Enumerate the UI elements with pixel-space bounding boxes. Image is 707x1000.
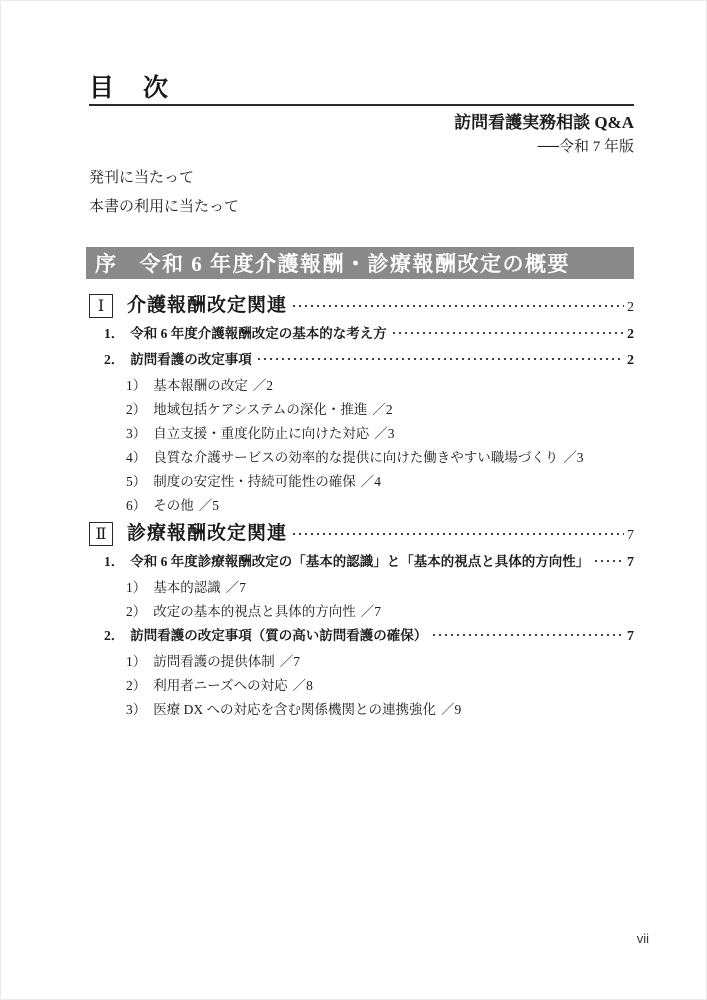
page-title: 目 次	[89, 74, 634, 102]
item-title: 訪問看護の改定事項	[130, 350, 252, 370]
toc-item: 1． 令和 6 年度診療報酬改定の「基本的認識」と「基本的視点と具体的方向性」 …	[89, 552, 634, 573]
front-matter-item-usage: 本書の利用に当たって	[89, 197, 634, 217]
sub-item-number: 3）	[126, 426, 146, 441]
sub-page-ref: ／7	[226, 580, 246, 595]
sub-item-title: 基本的認識	[153, 580, 221, 595]
sub-page-ref: ／5	[199, 498, 219, 513]
sub-item-number: 5）	[126, 474, 146, 489]
section-heading: Ⅱ 診療報酬改定関連 7	[89, 521, 634, 547]
sub-page-ref: ／2	[253, 378, 273, 393]
toc-sub-item: 6）その他／5	[89, 496, 634, 515]
sub-item-number: 1）	[126, 378, 146, 393]
sub-page-ref: ／4	[361, 474, 381, 489]
toc-item: 1． 令和 6 年度介護報酬改定の基本的な考え方 2	[89, 324, 634, 345]
toc-sub-item: 5）制度の安定性・持続可能性の確保／4	[89, 472, 634, 491]
book-title: 訪問看護実務相談 Q&A	[89, 112, 634, 134]
page-ref: 7	[627, 528, 634, 544]
item-title: 令和 6 年度介護報酬改定の基本的な考え方	[130, 324, 387, 344]
sub-page-ref: ／2	[372, 402, 392, 417]
sub-item-title: 医療 DX への対応を含む関係機関との連携強化	[153, 702, 436, 717]
section-kaigo: Ⅰ 介護報酬改定関連 2 1． 令和 6 年度介護報酬改定の基本的な考え方 2 …	[89, 293, 634, 515]
sub-item-title: 制度の安定性・持続可能性の確保	[153, 474, 356, 489]
page-ref: 7	[627, 627, 634, 647]
dot-leader	[393, 332, 624, 334]
item-number: 1．	[104, 552, 124, 572]
sub-item-title: 地域包括ケアシステムの深化・推進	[153, 402, 367, 417]
section-heading: Ⅰ 介護報酬改定関連 2	[89, 293, 634, 319]
book-edition: ──令和 7 年版	[89, 137, 634, 157]
toc-sub-item: 2）改定の基本的視点と具体的方向性／7	[89, 602, 634, 621]
section-numeral-box: Ⅰ	[89, 294, 113, 318]
dot-leader	[258, 358, 624, 360]
dot-leader	[433, 634, 624, 636]
toc-page: 目 次 訪問看護実務相談 Q&A ──令和 7 年版 発刊に当たって 本書の利用…	[0, 0, 707, 1000]
section-title: 診療報酬改定関連	[127, 521, 287, 547]
toc-sub-item: 3）自立支援・重度化防止に向けた対応／3	[89, 424, 634, 443]
section-numeral: Ⅱ	[96, 524, 107, 544]
toc-sub-item: 1）基本報酬の改定／2	[89, 376, 634, 395]
sub-item-title: 訪問看護の提供体制	[153, 654, 275, 669]
chapter-title: 令和 6 年度介護報酬・診療報酬改定の概要	[140, 248, 571, 278]
toc-item: 2． 訪問看護の改定事項（質の高い訪問看護の確保） 7	[89, 626, 634, 647]
sub-item-title: 利用者ニーズへの対応	[153, 678, 287, 693]
sub-page-ref: ／3	[374, 426, 394, 441]
page-folio: vii	[637, 931, 649, 946]
dot-leader	[595, 560, 624, 562]
section-shinryo: Ⅱ 診療報酬改定関連 7 1． 令和 6 年度診療報酬改定の「基本的認識」と「基…	[89, 521, 634, 719]
toc-sub-item: 4）良質な介護サービスの効率的な提供に向けた働きやすい職場づくり／3	[89, 448, 634, 467]
sub-item-number: 3）	[126, 702, 146, 717]
toc-sub-item: 2）地域包括ケアシステムの深化・推進／2	[89, 400, 634, 419]
section-numeral: Ⅰ	[98, 296, 104, 316]
item-number: 2．	[104, 626, 124, 646]
sub-item-number: 1）	[126, 654, 146, 669]
page-ref: 2	[627, 300, 634, 316]
toc-content: 目 次 訪問看護実務相談 Q&A ──令和 7 年版 発刊に当たって 本書の利用…	[89, 1, 634, 719]
sub-item-number: 2）	[126, 678, 146, 693]
item-number: 2．	[104, 350, 124, 370]
title-rule	[89, 104, 634, 106]
sub-item-number: 2）	[126, 402, 146, 417]
item-title: 訪問看護の改定事項（質の高い訪問看護の確保）	[130, 626, 427, 646]
sub-page-ref: ／3	[563, 450, 583, 465]
sub-item-number: 1）	[126, 580, 146, 595]
front-matter-item-preface: 発刊に当たって	[89, 168, 634, 188]
toc-sub-item: 3）医療 DX への対応を含む関係機関との連携強化／9	[89, 700, 634, 719]
page-ref: 2	[627, 325, 634, 345]
section-title: 介護報酬改定関連	[127, 293, 287, 319]
toc-sub-item: 1）訪問看護の提供体制／7	[89, 652, 634, 671]
dot-leader	[293, 305, 624, 307]
sub-item-title: 良質な介護サービスの効率的な提供に向けた働きやすい職場づくり	[153, 450, 558, 465]
sub-page-ref: ／8	[293, 678, 313, 693]
sub-page-ref: ／9	[441, 702, 461, 717]
sub-item-title: 基本報酬の改定	[153, 378, 248, 393]
chapter-label: 序	[95, 248, 118, 278]
sub-item-title: 自立支援・重度化防止に向けた対応	[153, 426, 369, 441]
chapter-heading-bar: 序 令和 6 年度介護報酬・診療報酬改定の概要	[86, 247, 634, 279]
section-numeral-box: Ⅱ	[89, 522, 113, 546]
sub-item-number: 4）	[126, 450, 146, 465]
item-title: 令和 6 年度診療報酬改定の「基本的認識」と「基本的視点と具体的方向性」	[130, 552, 589, 572]
sub-page-ref: ／7	[280, 654, 300, 669]
sub-page-ref: ／7	[361, 604, 381, 619]
sub-item-title: その他	[153, 498, 194, 513]
dot-leader	[293, 533, 624, 535]
sub-item-number: 6）	[126, 498, 146, 513]
sub-item-number: 2）	[126, 604, 146, 619]
page-ref: 2	[627, 351, 634, 371]
toc-sub-item: 1）基本的認識／7	[89, 578, 634, 597]
sub-item-title: 改定の基本的視点と具体的方向性	[153, 604, 356, 619]
page-ref: 7	[627, 553, 634, 573]
toc-item: 2． 訪問看護の改定事項 2	[89, 350, 634, 371]
toc-sub-item: 2）利用者ニーズへの対応／8	[89, 676, 634, 695]
item-number: 1．	[104, 324, 124, 344]
